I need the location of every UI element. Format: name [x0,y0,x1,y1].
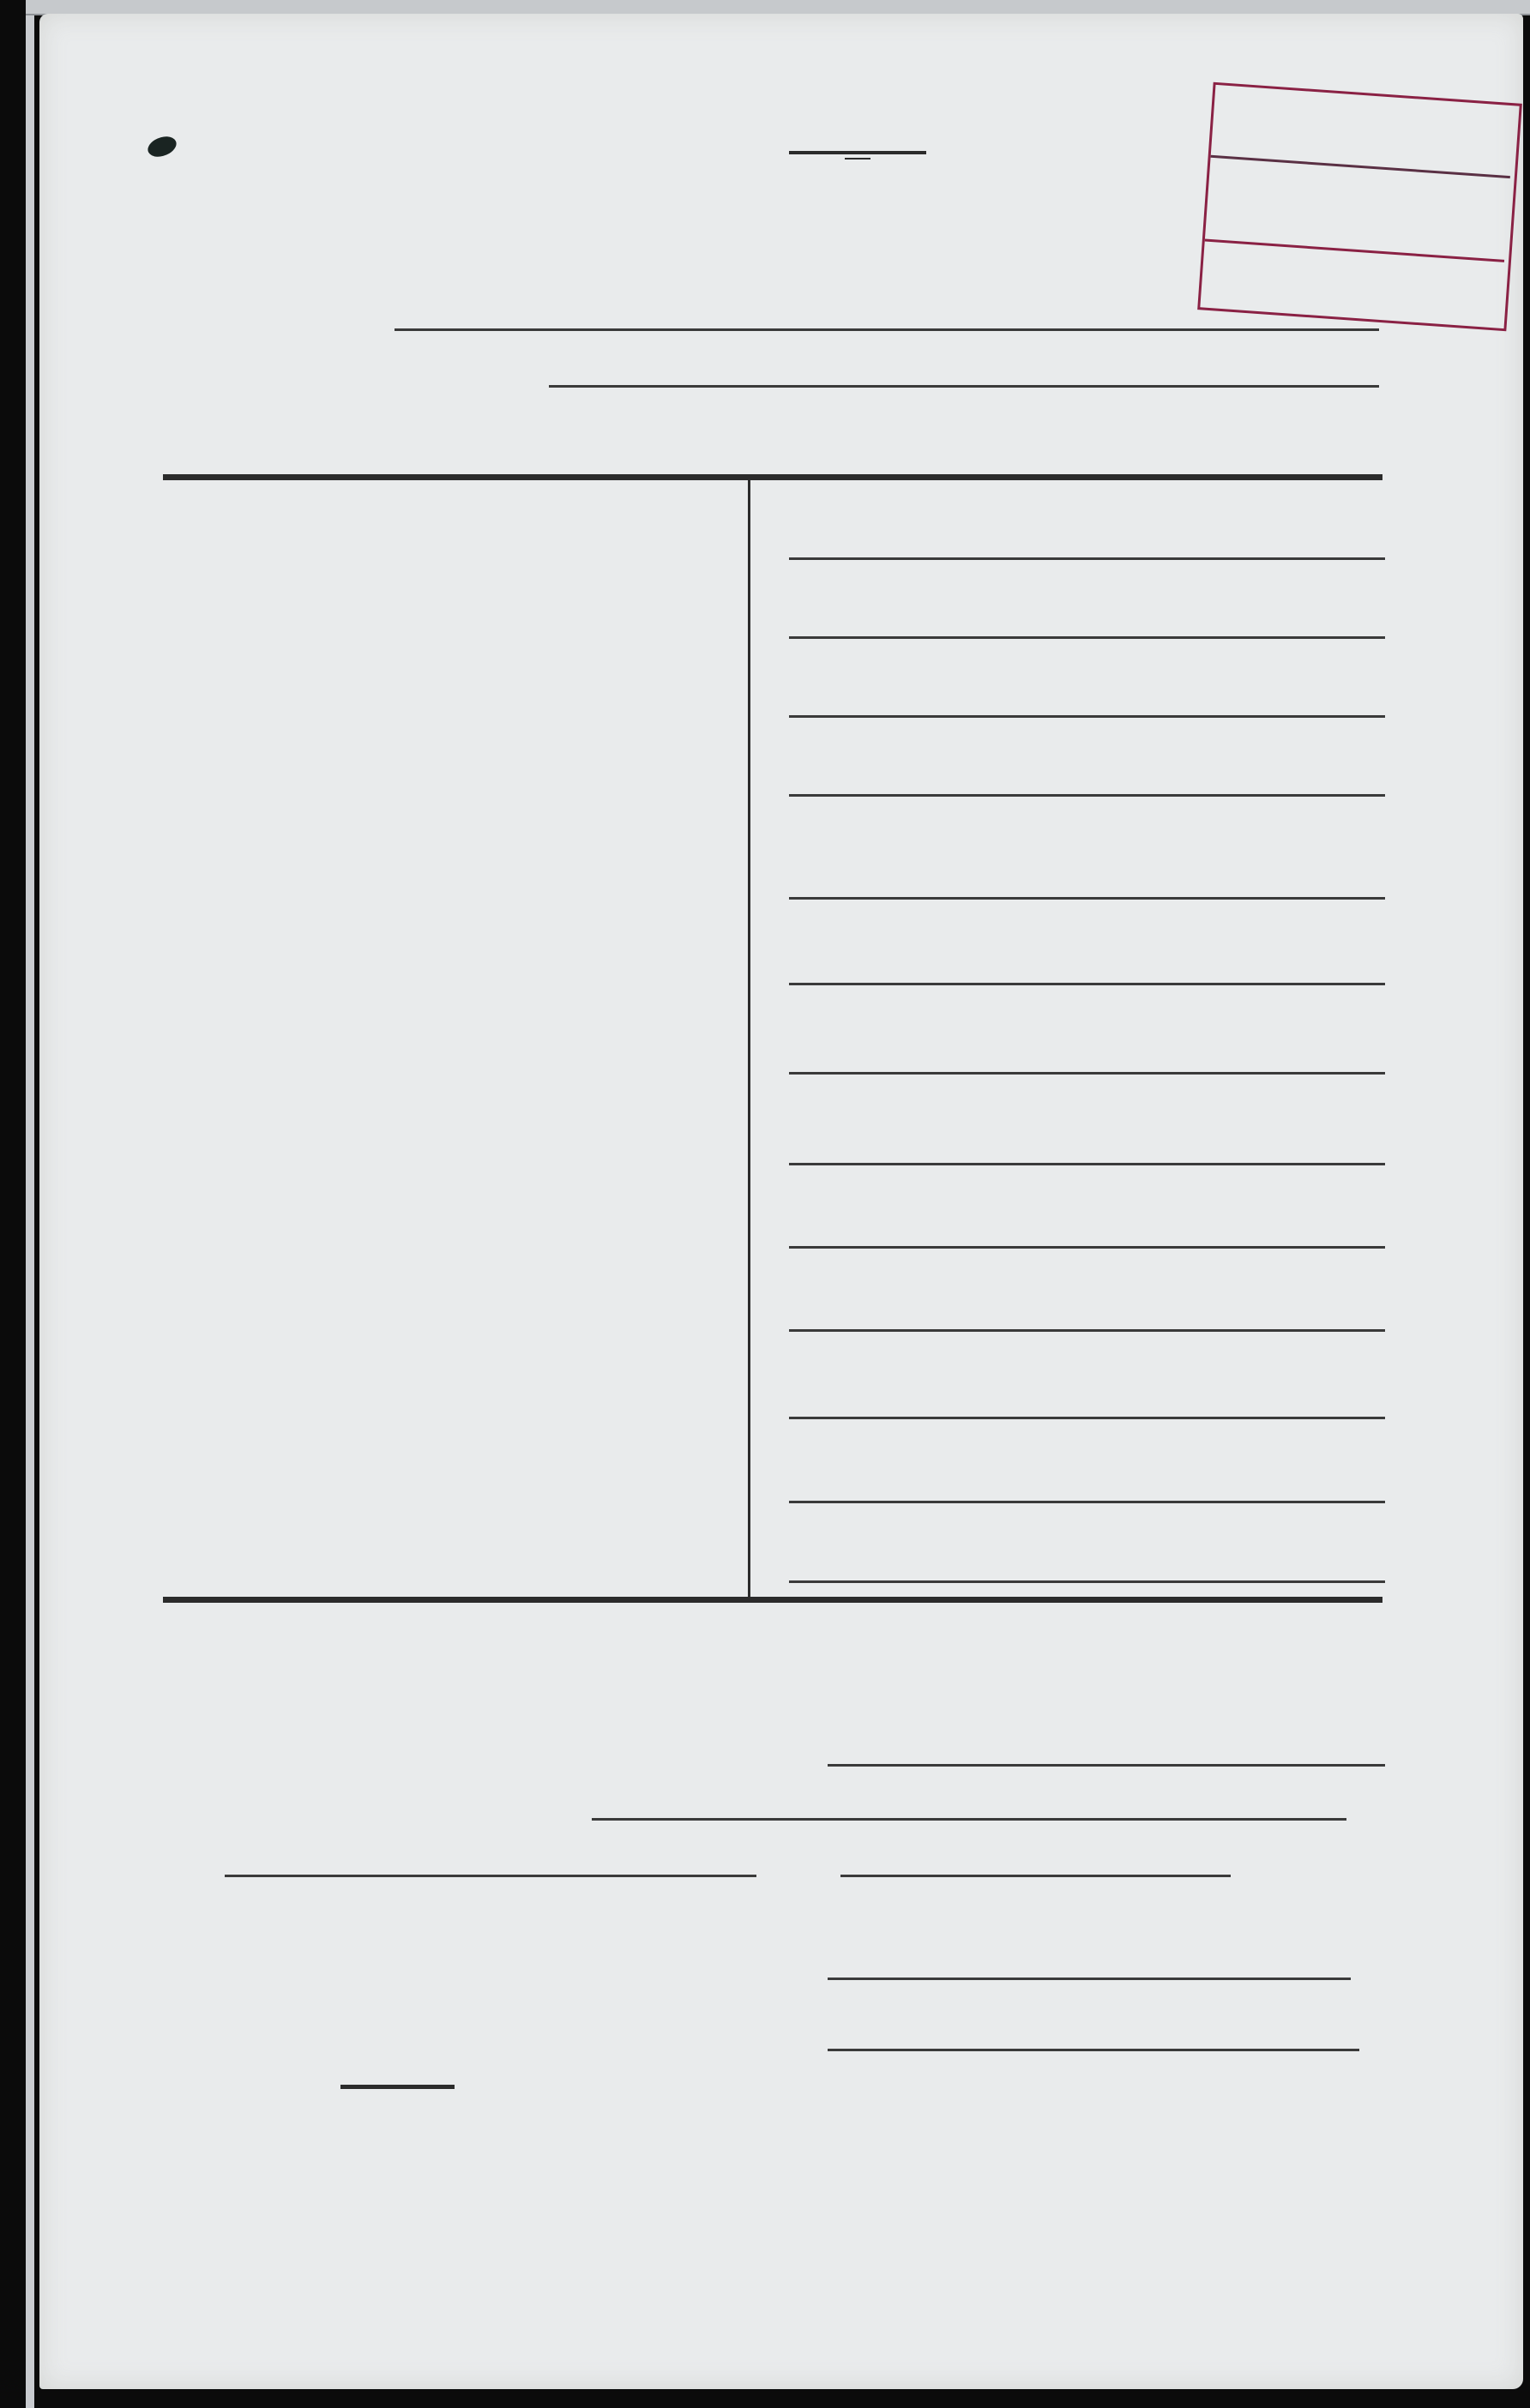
address-line [549,385,1379,388]
day-line [225,1875,756,1877]
answer-6-line [789,1417,1385,1419]
answer-5-line-1 [789,1163,1385,1165]
footnote-divider [340,2085,455,2089]
answer-7-line-1 [789,1501,1385,1503]
header-divider [789,151,926,154]
answer-4-line-4 [789,1072,1385,1075]
title-line [828,2049,1359,2051]
table-column-divider [748,479,750,1600]
month-line [840,1875,1231,1877]
answer-1-line [789,557,1385,560]
answer-7-line-2 [789,1580,1385,1583]
signature-line [828,1764,1385,1767]
declarant-name-line [395,328,1379,331]
answer-4-line-2 [789,897,1385,900]
table-bottom-rule [163,1597,1382,1603]
scanner-frame-edge [26,0,34,2408]
stamp-rule [1205,238,1504,262]
document-page [39,14,1523,2389]
answer-5-line-3 [789,1329,1385,1332]
header-divider-dots [845,158,870,160]
declared-at-line [592,1818,1346,1821]
witness-line [828,1978,1351,1980]
answer-4-line-3 [789,983,1385,985]
answer-2-line [789,636,1385,639]
answer-3-line [789,715,1385,718]
answer-4-line-1 [789,794,1385,797]
customs-stamp [1197,82,1522,332]
stamp-rule [1211,155,1510,178]
answer-5-line-2 [789,1246,1385,1249]
table-top-rule [163,474,1382,480]
